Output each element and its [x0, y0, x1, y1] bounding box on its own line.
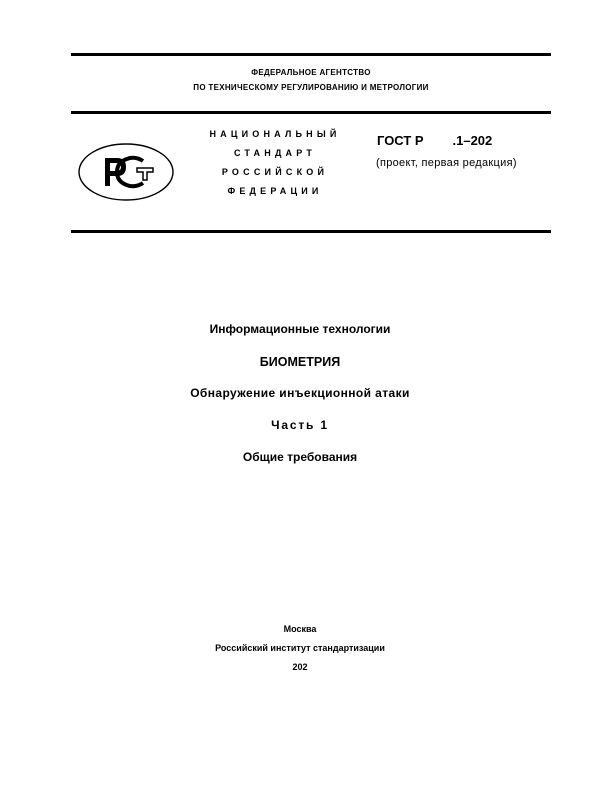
title-line-3: Обнаружение инъекционной атаки — [100, 386, 500, 400]
standard-type-line-3: РОССИЙСКОЙ — [190, 167, 360, 177]
draft-status: (проект, первая редакция) — [376, 157, 517, 169]
title-line-4: Часть 1 — [100, 418, 500, 432]
agency-line-1: ФЕДЕРАЛЬНОЕ АГЕНТСТВО — [71, 68, 551, 77]
standard-type-line-2: СТАНДАРТ — [190, 148, 360, 158]
header-bottom-rule — [71, 230, 551, 233]
header-rule — [71, 111, 551, 114]
standard-type-line-1: НАЦИОНАЛЬНЫЙ — [190, 129, 360, 139]
title-line-2: БИОМЕТРИЯ — [100, 355, 500, 369]
top-rule — [71, 53, 551, 56]
title-line-5: Общие требования — [100, 450, 500, 464]
imprint-city: Москва — [100, 624, 500, 634]
imprint-year: 202 — [100, 662, 500, 672]
title-line-1: Информационные технологии — [100, 322, 500, 336]
rst-gost-logo-icon — [77, 142, 175, 202]
imprint-publisher: Российский институт стандартизации — [100, 643, 500, 653]
standard-type-line-4: ФЕДЕРАЦИИ — [190, 186, 360, 196]
standard-designation: ГОСТ Р .1–202 — [377, 133, 492, 148]
agency-line-2: ПО ТЕХНИЧЕСКОМУ РЕГУЛИРОВАНИЮ И МЕТРОЛОГ… — [71, 83, 551, 92]
